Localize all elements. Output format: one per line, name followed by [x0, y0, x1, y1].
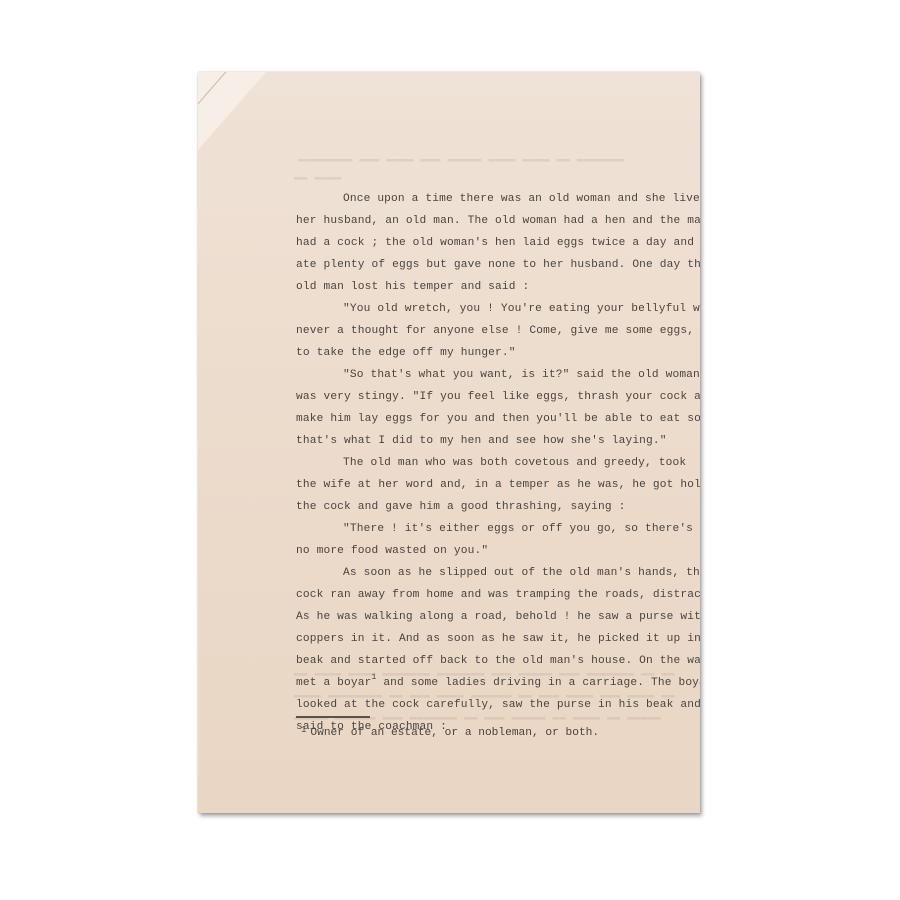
text-line: As he was walking along a road, behold !…	[296, 606, 696, 628]
folded-corner	[198, 72, 266, 150]
text-line: was very stingy. "If you feel like eggs,…	[296, 386, 696, 408]
text-line: As soon as he slipped out of the old man…	[296, 562, 696, 584]
text-line: the cock and gave him a good thrashing, …	[296, 496, 696, 518]
text-line: coppers in it. And as soon as he saw it,…	[296, 628, 696, 650]
text-line: Once upon a time there was an old woman …	[296, 188, 696, 210]
text-line: make him lay eggs for you and then you'l…	[296, 408, 696, 430]
text-line: "So that's what you want, is it?" said t…	[296, 364, 696, 386]
text-line: "You old wretch, you ! You're eating you…	[296, 298, 696, 320]
footnote-text: Owner of an estate, or a nobleman, or bo…	[310, 727, 599, 739]
footnote-marker: 1	[301, 725, 306, 735]
text-line: to take the edge off my hunger."	[296, 342, 696, 364]
footnote: 1Owner of an estate, or a nobleman, or b…	[301, 722, 599, 744]
text-line: "There ! it's either eggs or off you go,…	[296, 518, 696, 540]
text-line: that's what I did to my hen and see how …	[296, 430, 696, 452]
text-line: cock ran away from home and was tramping…	[296, 584, 696, 606]
typed-body-text: Once upon a time there was an old woman …	[296, 188, 696, 738]
text-line: never a thought for anyone else ! Come, …	[296, 320, 696, 342]
text-line: old man lost his temper and said :	[296, 276, 696, 298]
text-line: the wife at her word and, in a temper as…	[296, 474, 696, 496]
text-line: her husband, an old man. The old woman h…	[296, 210, 696, 232]
text-line: ate plenty of eggs but gave none to her …	[296, 254, 696, 276]
text-line: beak and started off back to the old man…	[296, 650, 696, 672]
footnote-separator	[296, 716, 370, 718]
text-line: looked at the cock carefully, saw the pu…	[296, 694, 696, 716]
text-line: The old man who was both covetous and gr…	[296, 452, 696, 474]
text-segment: met a boyar	[296, 677, 372, 689]
footnote-reference: 1	[372, 673, 377, 682]
text-segment: and some ladies driving in a carriage. T…	[376, 677, 700, 689]
reverse-show-through: ▬▬▬▬▬▬▬▬ ▬▬▬ ▬▬▬▬ ▬▬▬ ▬▬▬▬▬ ▬▬▬▬ ▬▬▬▬ ▬▬…	[298, 154, 624, 166]
text-line: had a cock ; the old woman's hen laid eg…	[296, 232, 696, 254]
text-line-with-footnote-ref: met a boyar1 and some ladies driving in …	[296, 672, 696, 694]
reverse-show-through: ▬▬ ▬▬▬▬	[294, 172, 342, 184]
text-line: no more food wasted on you."	[296, 540, 696, 562]
manuscript-page: ▬▬▬▬▬▬▬▬ ▬▬▬ ▬▬▬▬ ▬▬▬ ▬▬▬▬▬ ▬▬▬▬ ▬▬▬▬ ▬▬…	[198, 72, 700, 813]
